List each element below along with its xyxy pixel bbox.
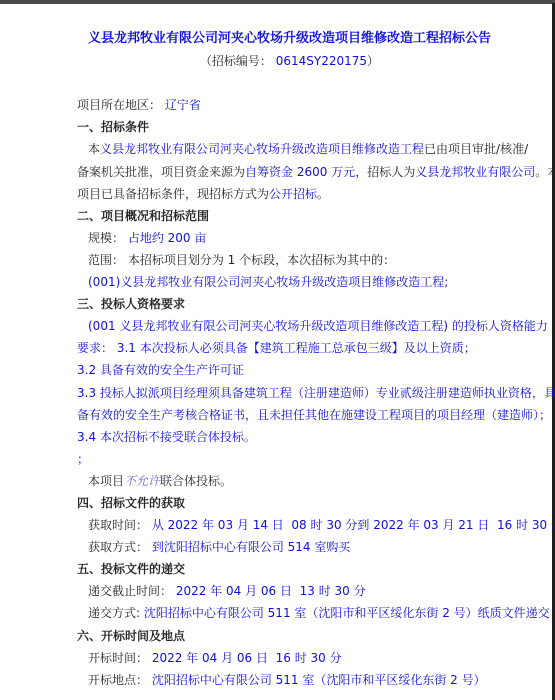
submit-method-value: 沈阳招标中心有限公司 511 室（沈阳市和平区绥化东街 2 号）纸质文件递交 xyxy=(144,606,550,620)
opening-place-line: 开标地点： 沈阳招标中心有限公司 511 室（沈阳市和平区绥化东街 2 号） xyxy=(77,669,502,691)
opening-time-line: 开标时间： 2022 年 04 月 06 日 16 时 30 分 xyxy=(77,647,502,669)
opening-place-value: 沈阳招标中心有限公司 511 室（沈阳市和平区绥化东街 2 号） xyxy=(152,673,486,687)
scale-value: 占地约 200 亩 xyxy=(128,231,207,245)
section-2-heading: 二、项目概况和招标范围 xyxy=(77,205,502,227)
document-page: 义县龙邦牧业有限公司河夹心牧场升级改造项目维修改造工程招标公告 （招标编号： 0… xyxy=(0,0,555,700)
tender-method-value: 公开招标 xyxy=(269,187,317,201)
region-line: 项目所在地区： 辽宁省 xyxy=(77,94,502,116)
scope-line: 范围： 本招标项目划分为 1 个标段，本次招标为其中的： xyxy=(77,249,502,271)
scale-label: 规模： xyxy=(88,231,128,245)
section-4-heading: 四、招标文件的获取 xyxy=(77,492,502,514)
region-label: 项目所在地区： xyxy=(77,98,165,112)
s1-text: 。 xyxy=(317,187,329,201)
section-5-heading: 五、投标文件的递交 xyxy=(77,558,502,580)
qualification-line-5: 备有效的安全生产考核合格证书，且未担任其他在施建设工程项目的项目经理（建造师）； xyxy=(77,404,502,426)
obtain-method-value: 到沈阳招标中心有限公司 514 室购买 xyxy=(152,540,351,554)
submit-method-line: 递交方式: 沈阳招标中心有限公司 511 室（沈阳市和平区绥化东街 2 号）纸质… xyxy=(77,602,502,624)
qualification-line-2: 要求： 3.1 本次投标人必须具备【建筑工程施工总承包三级】及以上资质； xyxy=(77,337,502,359)
section-1-paragraph-line-3: 项目已具备招标条件，现招标方式为公开招标。 xyxy=(77,183,502,205)
qualification-line-3: 3.2 具备有效的安全生产许可证 xyxy=(77,359,502,381)
not-allowed-emphasis: 不允许 xyxy=(124,474,160,488)
region-value: 辽宁省 xyxy=(165,98,201,112)
s1-text: 项目已具备招标条件，现招标方式为 xyxy=(77,187,269,201)
stray-semicolon-line: ； xyxy=(77,448,502,470)
s1-text: 。本 xyxy=(535,165,555,179)
funding-source-value: 自筹资金 2600 万元 xyxy=(245,165,355,179)
section-1-paragraph-line-1: 本义县龙邦牧业有限公司河夹心牧场升级改造项目维修改造工程已由项目审批/核准/ xyxy=(77,138,502,160)
s1-text: 备案机关批准，项目资金来源为 xyxy=(77,165,245,179)
consortium-text: 联合体投标。 xyxy=(160,474,232,488)
tender-number-line: （招标编号： 0614SY220175） xyxy=(77,50,502,72)
tender-number-prefix: （招标编号： xyxy=(200,54,276,68)
section-3-heading: 三、投标人资格要求 xyxy=(77,293,502,315)
submit-deadline-line: 递交截止时间： 2022 年 04 月 06 日 13 时 30 分 xyxy=(77,580,502,602)
lot-line: (001)义县龙邦牧业有限公司河夹心牧场升级改造项目维修改造工程; xyxy=(77,271,502,293)
s1-text: ，招标人为 xyxy=(355,165,415,179)
obtain-time-value: 从 2022 年 03 月 14 日 08 时 30 分到 2022 年 03 … xyxy=(152,518,555,532)
scale-line: 规模： 占地约 200 亩 xyxy=(77,227,502,249)
s1-text: 本 xyxy=(88,142,100,156)
consortium-line: 本项目不允许联合体投标。 xyxy=(77,470,502,492)
tenderee-name-link: 义县龙邦牧业有限公司 xyxy=(415,165,535,179)
qualification-line-1: (001 义县龙邦牧业有限公司河夹心牧场升级改造项目维修改造工程) 的投标人资格… xyxy=(77,315,502,337)
opening-place-label: 开标地点： xyxy=(88,673,152,687)
tender-number: 0614SY220175 xyxy=(276,54,367,68)
scope-text: 本招标项目划分为 1 个标段，本次招标为其中的： xyxy=(128,253,395,267)
s1-text: 已由项目审批/核准/ xyxy=(424,142,528,156)
spacer-line xyxy=(77,72,502,94)
submit-deadline-label: 递交截止时间： xyxy=(88,584,176,598)
section-1-paragraph-line-2: 备案机关批准，项目资金来源为自筹资金 2600 万元，招标人为义县龙邦牧业有限公… xyxy=(77,161,502,183)
consortium-text: 本项目 xyxy=(88,474,124,488)
page-title: 义县龙邦牧业有限公司河夹心牧场升级改造项目维修改造工程招标公告 xyxy=(77,28,502,50)
tender-number-suffix: ） xyxy=(367,54,379,68)
submit-method-label: 递交方式: xyxy=(88,606,144,620)
obtain-method-label: 获取方式： xyxy=(88,540,152,554)
qualification-line-4: 3.3 投标人拟派项目经理须具备建筑工程（注册建造师）专业贰级注册建造师执业资格… xyxy=(77,382,502,404)
obtain-time-line: 获取时间： 从 2022 年 03 月 14 日 08 时 30 分到 2022… xyxy=(77,514,502,536)
scope-label: 范围： xyxy=(88,253,128,267)
opening-time-value: 2022 年 04 月 06 日 16 时 30 分 xyxy=(152,651,342,665)
obtain-time-label: 获取时间： xyxy=(88,518,152,532)
qualification-line-6: 3.4 本次招标不接受联合体投标。 xyxy=(77,426,502,448)
project-name-link: 义县龙邦牧业有限公司河夹心牧场升级改造项目维修改造工程 xyxy=(100,142,424,156)
opening-time-label: 开标时间： xyxy=(88,651,152,665)
submit-deadline-value: 2022 年 04 月 06 日 13 时 30 分 xyxy=(176,584,366,598)
section-1-heading: 一、招标条件 xyxy=(77,116,502,138)
section-6-heading: 六、开标时间及地点 xyxy=(77,625,502,647)
obtain-method-line: 获取方式： 到沈阳招标中心有限公司 514 室购买 xyxy=(77,536,502,558)
document-content: 义县龙邦牧业有限公司河夹心牧场升级改造项目维修改造工程招标公告 （招标编号： 0… xyxy=(0,4,555,691)
